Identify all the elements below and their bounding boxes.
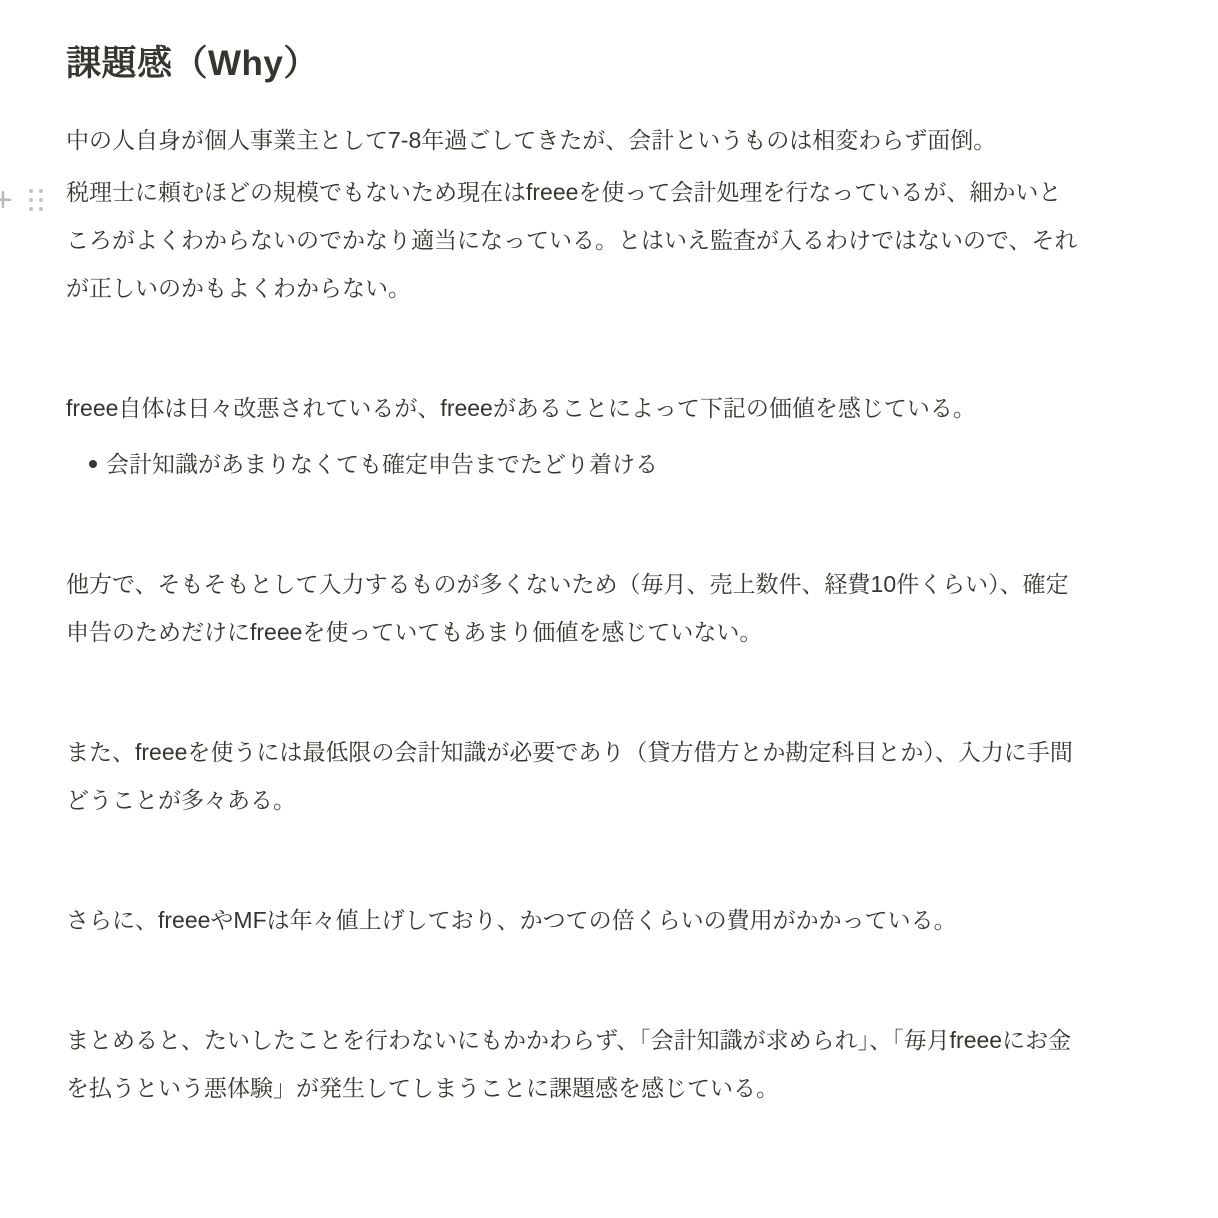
paragraph-block[interactable]: 中の人自身が個人事業主として7-8年過ごしてきたが、会計というものは相変わらず面… [66,116,1156,164]
empty-block[interactable] [66,956,1156,1004]
page-title[interactable]: 課題感（Why） [66,38,1156,90]
drag-handle-dot [29,189,33,193]
drag-handle-dot [39,207,43,211]
text-line: また、freeeを使うには最低限の会計知識が必要であり（貸方借方とか勘定科目とか… [66,728,1156,776]
drag-handle-dot [29,198,33,202]
bullet-marker [89,460,97,468]
text-line: freee自体は日々改悪されているが、freeeがあることによって下記の価値を感… [66,384,1156,432]
page-content: 課題感（Why） 中の人自身が個人事業主として7-8年過ごしてきたが、会計という… [0,0,1218,1112]
text-line: まとめると、たいしたことを行わないにもかかわらず、「会計知識が求められ」、「毎月… [66,1016,1156,1064]
bulleted-list-item[interactable]: 会計知識があまりなくても確定申告までたどり着ける [66,440,1156,488]
text-line: 中の人自身が個人事業主として7-8年過ごしてきたが、会計というものは相変わらず面… [66,116,1156,164]
paragraph-block[interactable]: 他方で、そもそもとして入力するものが多くないため（毎月、売上数件、経費10件くら… [66,560,1156,656]
text-line: を払うという悪体験」が発生してしまうことに課題感を感じている。 [66,1064,1156,1112]
text-line: さらに、freeeやMFは年々値上げしており、かつての倍くらいの費用がかかってい… [66,896,1156,944]
drag-handle-icon[interactable] [29,189,43,211]
paragraph-block[interactable]: 税理士に頼むほどの規模でもないため現在はfreeeを使って会計処理を行なっている… [66,168,1156,312]
block-hover-controls: + [0,178,60,226]
paragraph-block[interactable]: また、freeeを使うには最低限の会計知識が必要であり（貸方借方とか勘定科目とか… [66,728,1156,824]
text-line: が正しいのかもよくわからない。 [66,264,1156,312]
drag-handle-dot [39,198,43,202]
empty-block[interactable] [66,500,1156,548]
text-line: ころがよくわからないのでかなり適当になっている。とはいえ監査が入るわけではないの… [66,216,1156,264]
text-line: 他方で、そもそもとして入力するものが多くないため（毎月、売上数件、経費10件くら… [66,560,1156,608]
text-line: どうことが多々ある。 [66,776,1156,824]
empty-block[interactable] [66,836,1156,884]
document-page: + 課題感（Why） 中の人自身が個人事業主として7-8年過ごしてきたが、会計と… [0,0,1218,1218]
text-line: 税理士に頼むほどの規模でもないため現在はfreeeを使って会計処理を行なっている… [66,168,1156,216]
empty-block[interactable] [66,668,1156,716]
empty-block[interactable] [66,324,1156,372]
add-block-button[interactable]: + [0,183,13,217]
drag-handle-dot [29,207,33,211]
text-line: 会計知識があまりなくても確定申告までたどり着ける [106,440,1156,488]
text-line: 申告のためだけにfreeeを使っていてもあまり価値を感じていない。 [66,608,1156,656]
paragraph-block[interactable]: まとめると、たいしたことを行わないにもかかわらず、「会計知識が求められ」、「毎月… [66,1016,1156,1112]
drag-handle-dot [39,189,43,193]
paragraph-block[interactable]: さらに、freeeやMFは年々値上げしており、かつての倍くらいの費用がかかってい… [66,896,1156,944]
paragraph-block[interactable]: freee自体は日々改悪されているが、freeeがあることによって下記の価値を感… [66,384,1156,432]
